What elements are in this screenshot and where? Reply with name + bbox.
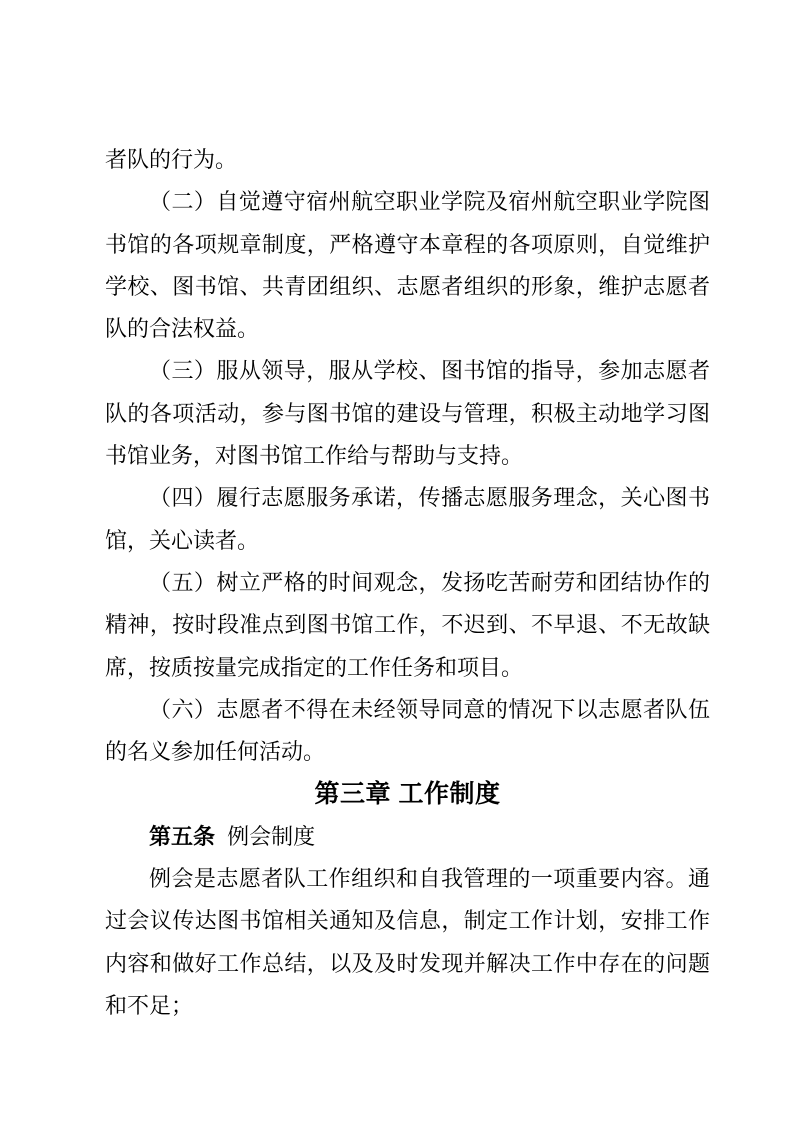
paragraph-continuation: 者队的行为。 [105, 139, 710, 181]
article-number: 第五条 [149, 824, 215, 849]
paragraph-item-2: （二）自觉遵守宿州航空职业学院及宿州航空职业学院图书馆的各项规章制度，严格遵守本… [105, 181, 710, 350]
paragraph-item-5: （五）树立严格的时间观念，发扬吃苦耐劳和团结协作的精神，按时段准点到图书馆工作，… [105, 562, 710, 689]
paragraph-article-intro: 例会是志愿者队工作组织和自我管理的一项重要内容。通过会议传达图书馆相关通知及信息… [105, 858, 710, 1027]
document-page: 者队的行为。 （二）自觉遵守宿州航空职业学院及宿州航空职业学院图书馆的各项规章制… [0, 0, 793, 1122]
chapter-heading: 第三章 工作制度 [105, 773, 710, 815]
paragraph-item-3: （三）服从领导，服从学校、图书馆的指导，参加志愿者队的各项活动，参与图书馆的建设… [105, 350, 710, 477]
paragraph-item-6: （六）志愿者不得在未经领导同意的情况下以志愿者队伍的名义参加任何活动。 [105, 689, 710, 774]
paragraph-item-4: （四）履行志愿服务承诺，传播志愿服务理念，关心图书馆，关心读者。 [105, 477, 710, 562]
article-title: 例会制度 [227, 824, 315, 849]
article-title-line: 第五条例会制度 [105, 816, 710, 858]
document-content: 者队的行为。 （二）自觉遵守宿州航空职业学院及宿州航空职业学院图书馆的各项规章制… [0, 0, 793, 1027]
